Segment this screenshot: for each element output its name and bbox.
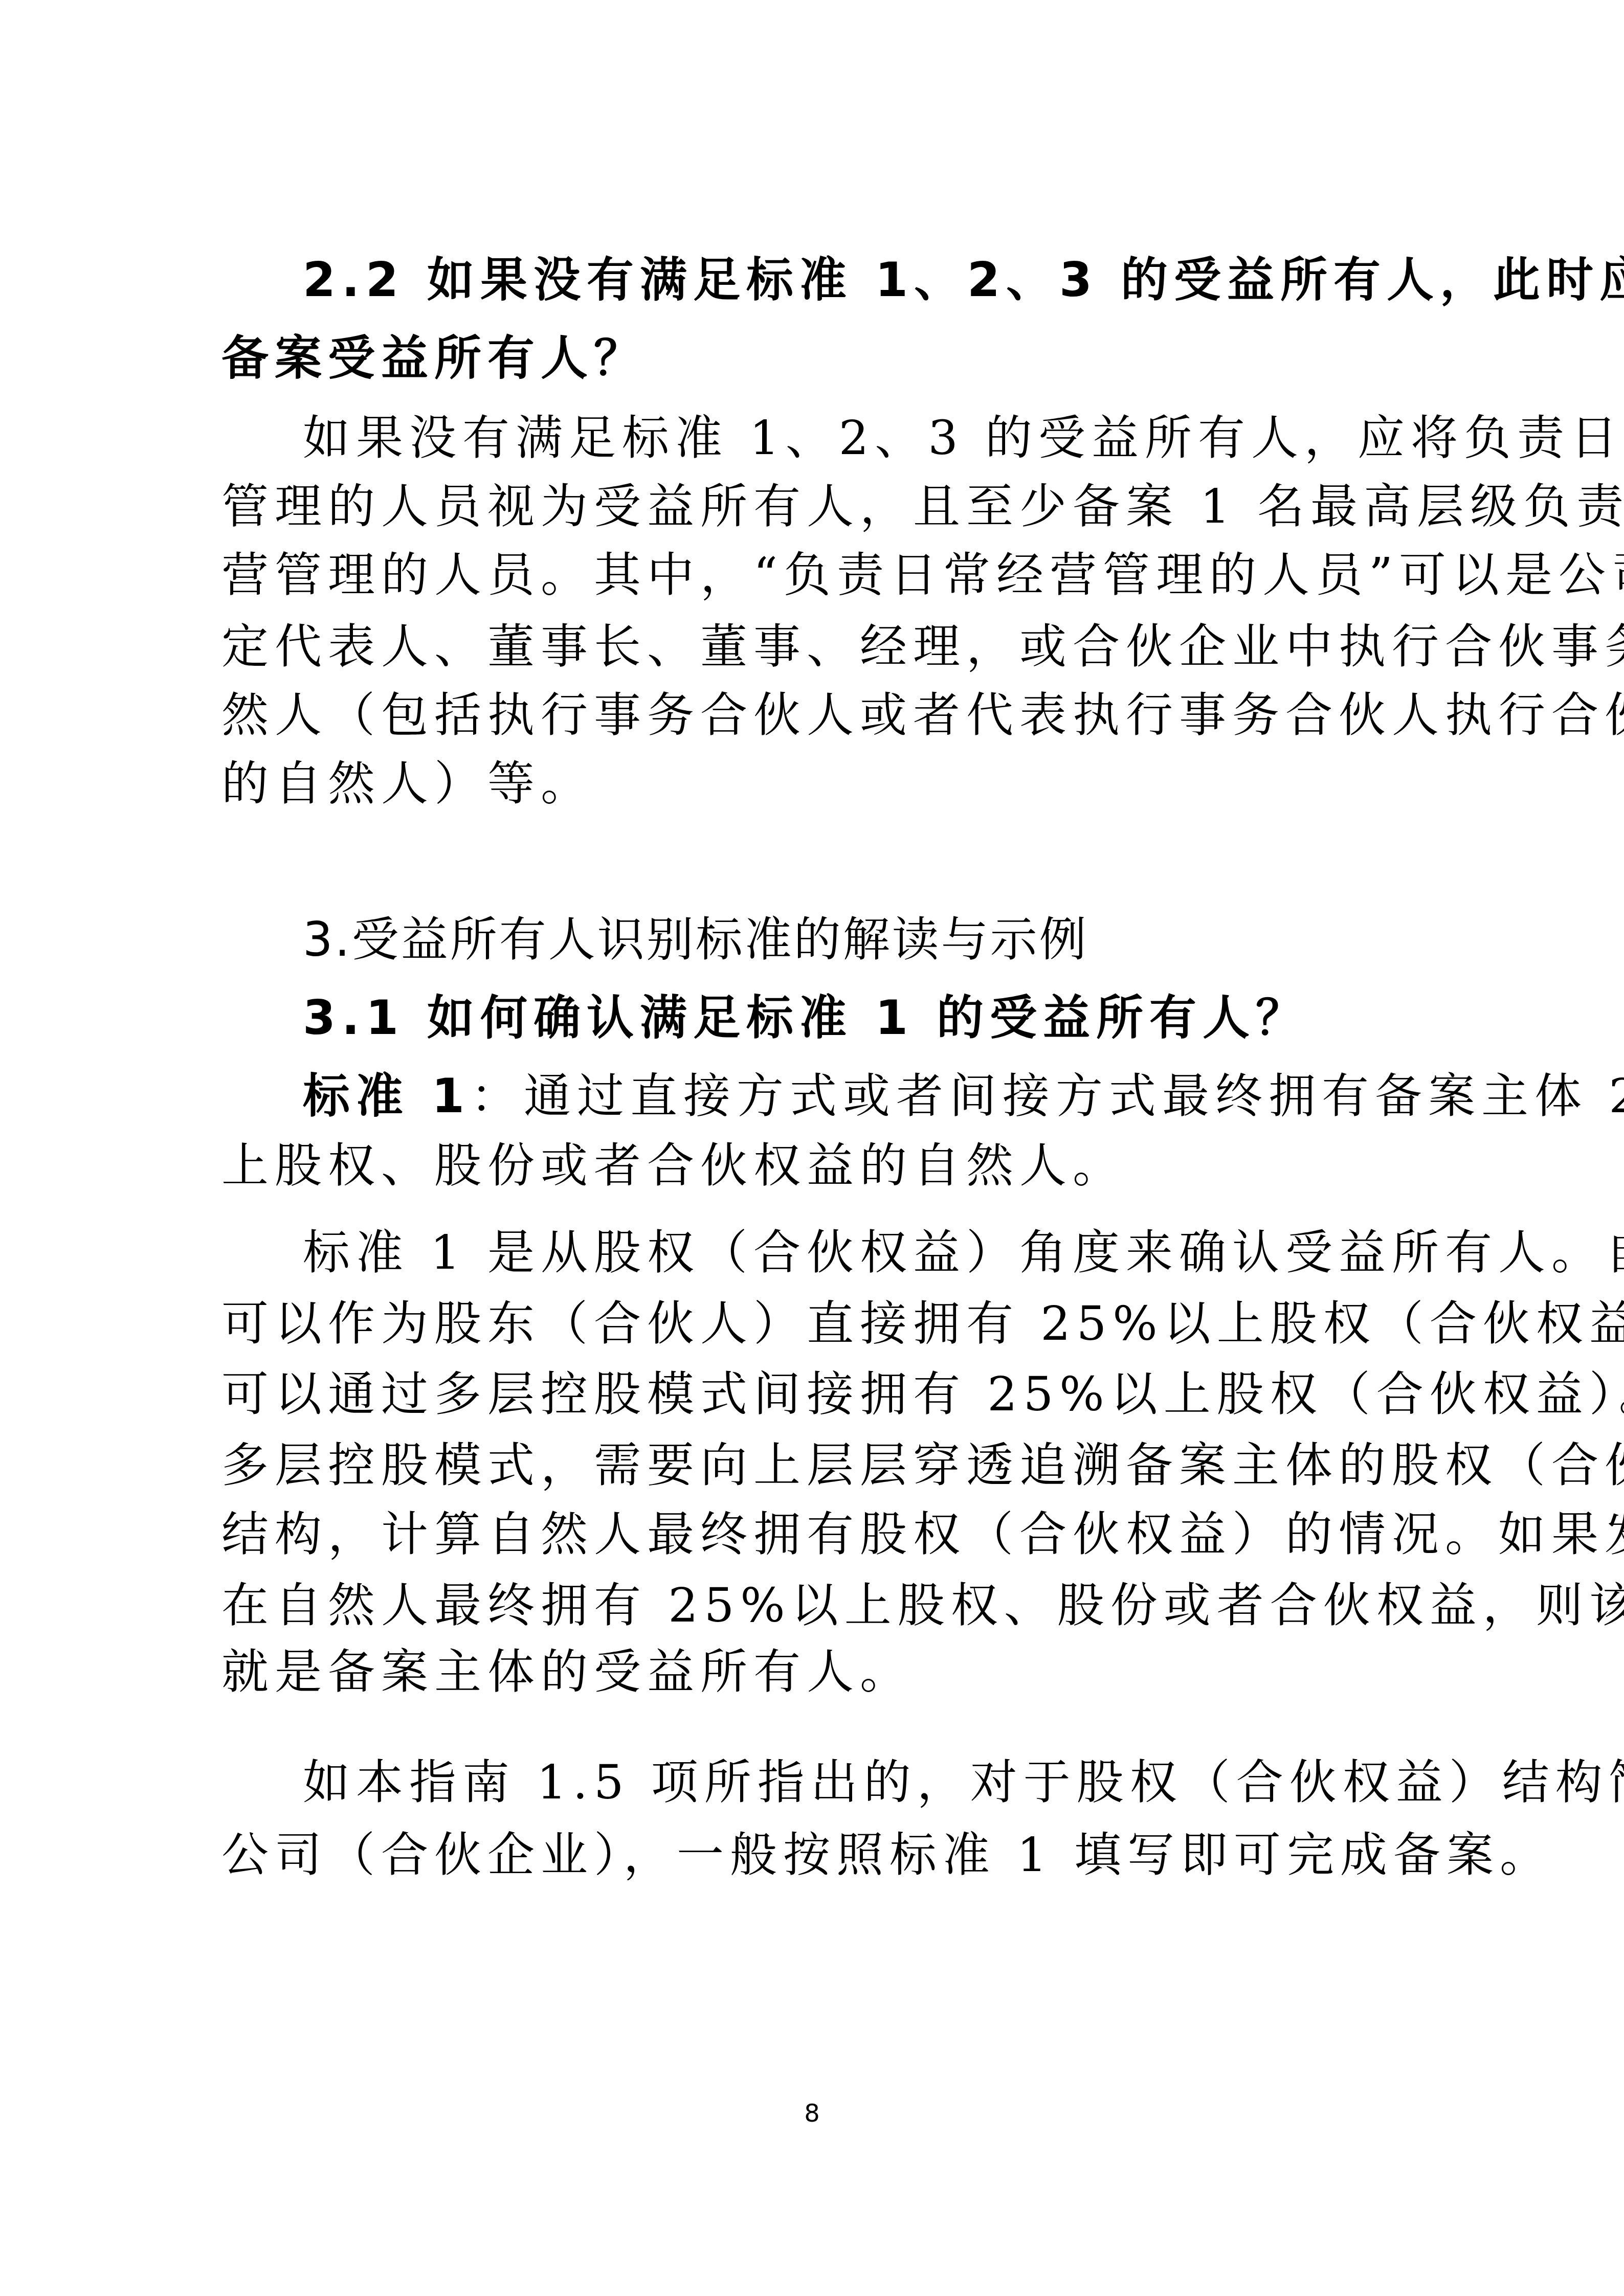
standard-1-definition-line-1: 标准 1：通过直接方式或者间接方式最终拥有备案主体 25%以 — [303, 1066, 1418, 1127]
paragraph-line: 定代表人、董事长、董事、经理，或合伙企业中执行合伙事务的自 — [221, 616, 1418, 678]
paragraph-line: 如本指南 1.5 项所指出的，对于股权（合伙权益）结构简单的 — [303, 1752, 1418, 1813]
paragraph-line: 就是备案主体的受益所有人。 — [221, 1641, 1418, 1703]
paragraph-line: 可以作为股东（合伙人）直接拥有 25%以上股权（合伙权益），也 — [221, 1293, 1418, 1355]
section-3-title: 3.受益所有人识别标准的解读与示例 — [303, 909, 1418, 971]
paragraph-line: 公司（合伙企业），一般按照标准 1 填写即可完成备案。 — [221, 1825, 1418, 1886]
paragraph-line: 如果没有满足标准 1、2、3 的受益所有人，应将负责日常经营 — [303, 408, 1418, 469]
paragraph-line: 标准 1 是从股权（合伙权益）角度来确认受益所有人。自然人 — [303, 1222, 1418, 1284]
paragraph-line: 的自然人）等。 — [221, 753, 1418, 815]
paragraph-line: 然人（包括执行事务合伙人或者代表执行事务合伙人执行合伙事务 — [221, 685, 1418, 746]
paragraph-line: 多层控股模式，需要向上层层穿透追溯备案主体的股权（合伙权益） — [221, 1435, 1418, 1496]
paragraph-line: 管理的人员视为受益所有人，且至少备案 1 名最高层级负责日常经 — [221, 476, 1418, 537]
section-2-2-heading-line-1: 2.2 如果没有满足标准 1、2、3 的受益所有人，此时应该如何 — [303, 250, 1418, 311]
page-number: 8 — [0, 2099, 1624, 2128]
paragraph-line: 营管理的人员。其中，“负责日常经营管理的人员”可以是公司的法 — [221, 545, 1418, 606]
paragraph-line: 在自然人最终拥有 25%以上股权、股份或者合伙权益，则该自然人 — [221, 1575, 1418, 1636]
section-2-2-heading-line-2: 备案受益所有人？ — [221, 328, 1418, 389]
section-3-1-heading: 3.1 如何确认满足标准 1 的受益所有人？ — [303, 987, 1418, 1049]
standard-1-definition-line-2: 上股权、股份或者合伙权益的自然人。 — [221, 1135, 1418, 1197]
paragraph-line: 结构，计算自然人最终拥有股权（合伙权益）的情况。如果发现存 — [221, 1504, 1418, 1565]
paragraph-line: 可以通过多层控股模式间接拥有 25%以上股权（合伙权益）。对于 — [221, 1364, 1418, 1425]
standard-1-label: 标准 1 — [303, 1069, 471, 1123]
standard-1-text: ：通过直接方式或者间接方式最终拥有备案主体 25%以 — [471, 1069, 1624, 1123]
